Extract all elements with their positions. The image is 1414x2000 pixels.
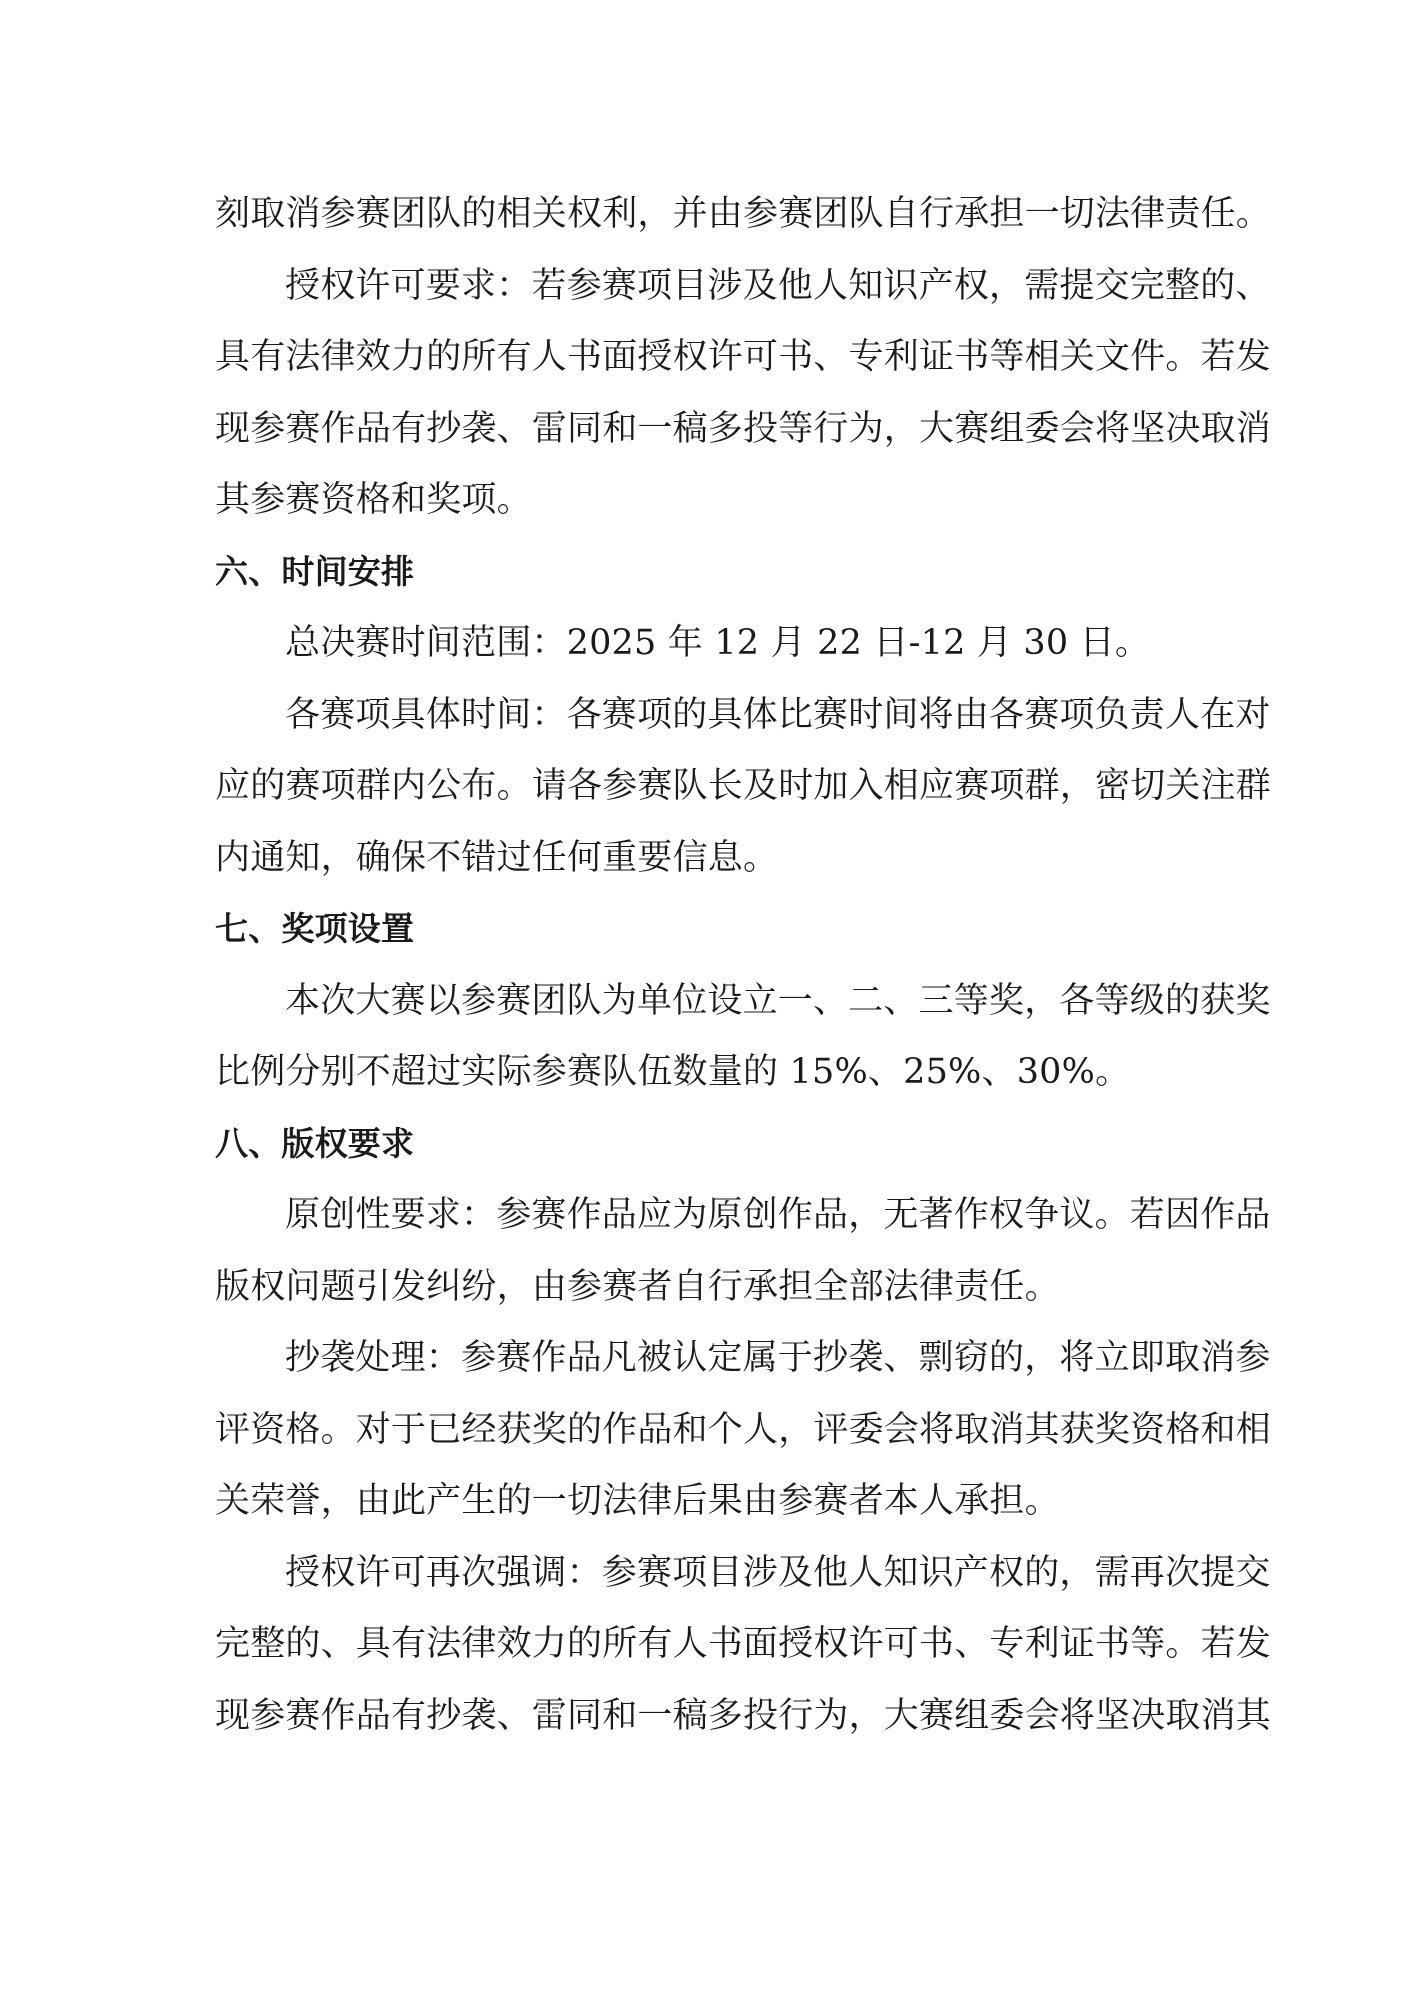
paragraph-line: 现参赛作品有抄袭、雷同和一稿多投行为，大赛组委会将坚决取消其 (215, 1690, 1205, 1762)
paragraph-line: 评资格。对于已经获奖的作品和个人，评委会将取消其获奖资格和相 (215, 1404, 1205, 1476)
paragraph-plagiarism-handling: 抄袭处理：参赛作品凡被认定属于抄袭、剽窃的，将立即取消参 评资格。对于已经获奖的… (215, 1332, 1205, 1547)
paragraph-line: 授权许可要求：若参赛项目涉及他人知识产权，需提交完整的、 (215, 260, 1205, 332)
document-page: 刻取消参赛团队的相关权利，并由参赛团队自行承担一切法律责任。 授权许可要求：若参… (215, 188, 1205, 1761)
paragraph-originality-requirement: 原创性要求：参赛作品应为原创作品，无著作权争议。若因作品 版权问题引发纠纷，由参… (215, 1189, 1205, 1332)
paragraph-line: 关荣誉，由此产生的一切法律后果由参赛者本人承担。 (215, 1475, 1205, 1547)
paragraph-authorization-requirement: 授权许可要求：若参赛项目涉及他人知识产权，需提交完整的、 具有法律效力的所有人书… (215, 260, 1205, 546)
paragraph-final-date-range: 总决赛时间范围：2025 年 12 月 22 日-12 月 30 日。 (215, 617, 1205, 689)
paragraph-authorization-reemphasis: 授权许可再次强调：参赛项目涉及他人知识产权的，需再次提交 完整的、具有法律效力的… (215, 1547, 1205, 1762)
section-heading-schedule: 六、时间安排 (215, 546, 1205, 618)
paragraph-line: 授权许可再次强调：参赛项目涉及他人知识产权的，需再次提交 (215, 1547, 1205, 1619)
paragraph-line: 比例分别不超过实际参赛队伍数量的 15%、25%、30%。 (215, 1046, 1205, 1118)
paragraph-line: 完整的、具有法律效力的所有人书面授权许可书、专利证书等。若发 (215, 1618, 1205, 1690)
section-heading-copyright: 八、版权要求 (215, 1118, 1205, 1190)
paragraph-line: 版权问题引发纠纷，由参赛者自行承担全部法律责任。 (215, 1261, 1205, 1333)
paragraph-line: 总决赛时间范围：2025 年 12 月 22 日-12 月 30 日。 (215, 617, 1205, 689)
paragraph-line: 现参赛作品有抄袭、雷同和一稿多投等行为，大赛组委会将坚决取消 (215, 403, 1205, 475)
paragraph-line: 其参赛资格和奖项。 (215, 474, 1205, 546)
paragraph-event-specific-times: 各赛项具体时间：各赛项的具体比赛时间将由各赛项负责人在对 应的赛项群内公布。请各… (215, 689, 1205, 904)
paragraph-line: 原创性要求：参赛作品应为原创作品，无著作权争议。若因作品 (215, 1189, 1205, 1261)
paragraph-line: 具有法律效力的所有人书面授权许可书、专利证书等相关文件。若发 (215, 331, 1205, 403)
paragraph-line: 本次大赛以参赛团队为单位设立一、二、三等奖，各等级的获奖 (215, 975, 1205, 1047)
paragraph-award-ratios: 本次大赛以参赛团队为单位设立一、二、三等奖，各等级的获奖 比例分别不超过实际参赛… (215, 975, 1205, 1118)
paragraph-line: 各赛项具体时间：各赛项的具体比赛时间将由各赛项负责人在对 (215, 689, 1205, 761)
paragraph-line: 应的赛项群内公布。请各参赛队长及时加入相应赛项群，密切关注群 (215, 760, 1205, 832)
paragraph-continuation-line: 刻取消参赛团队的相关权利，并由参赛团队自行承担一切法律责任。 (215, 188, 1205, 260)
paragraph-line: 内通知，确保不错过任何重要信息。 (215, 832, 1205, 904)
paragraph-line: 抄袭处理：参赛作品凡被认定属于抄袭、剽窃的，将立即取消参 (215, 1332, 1205, 1404)
section-heading-awards: 七、奖项设置 (215, 903, 1205, 975)
